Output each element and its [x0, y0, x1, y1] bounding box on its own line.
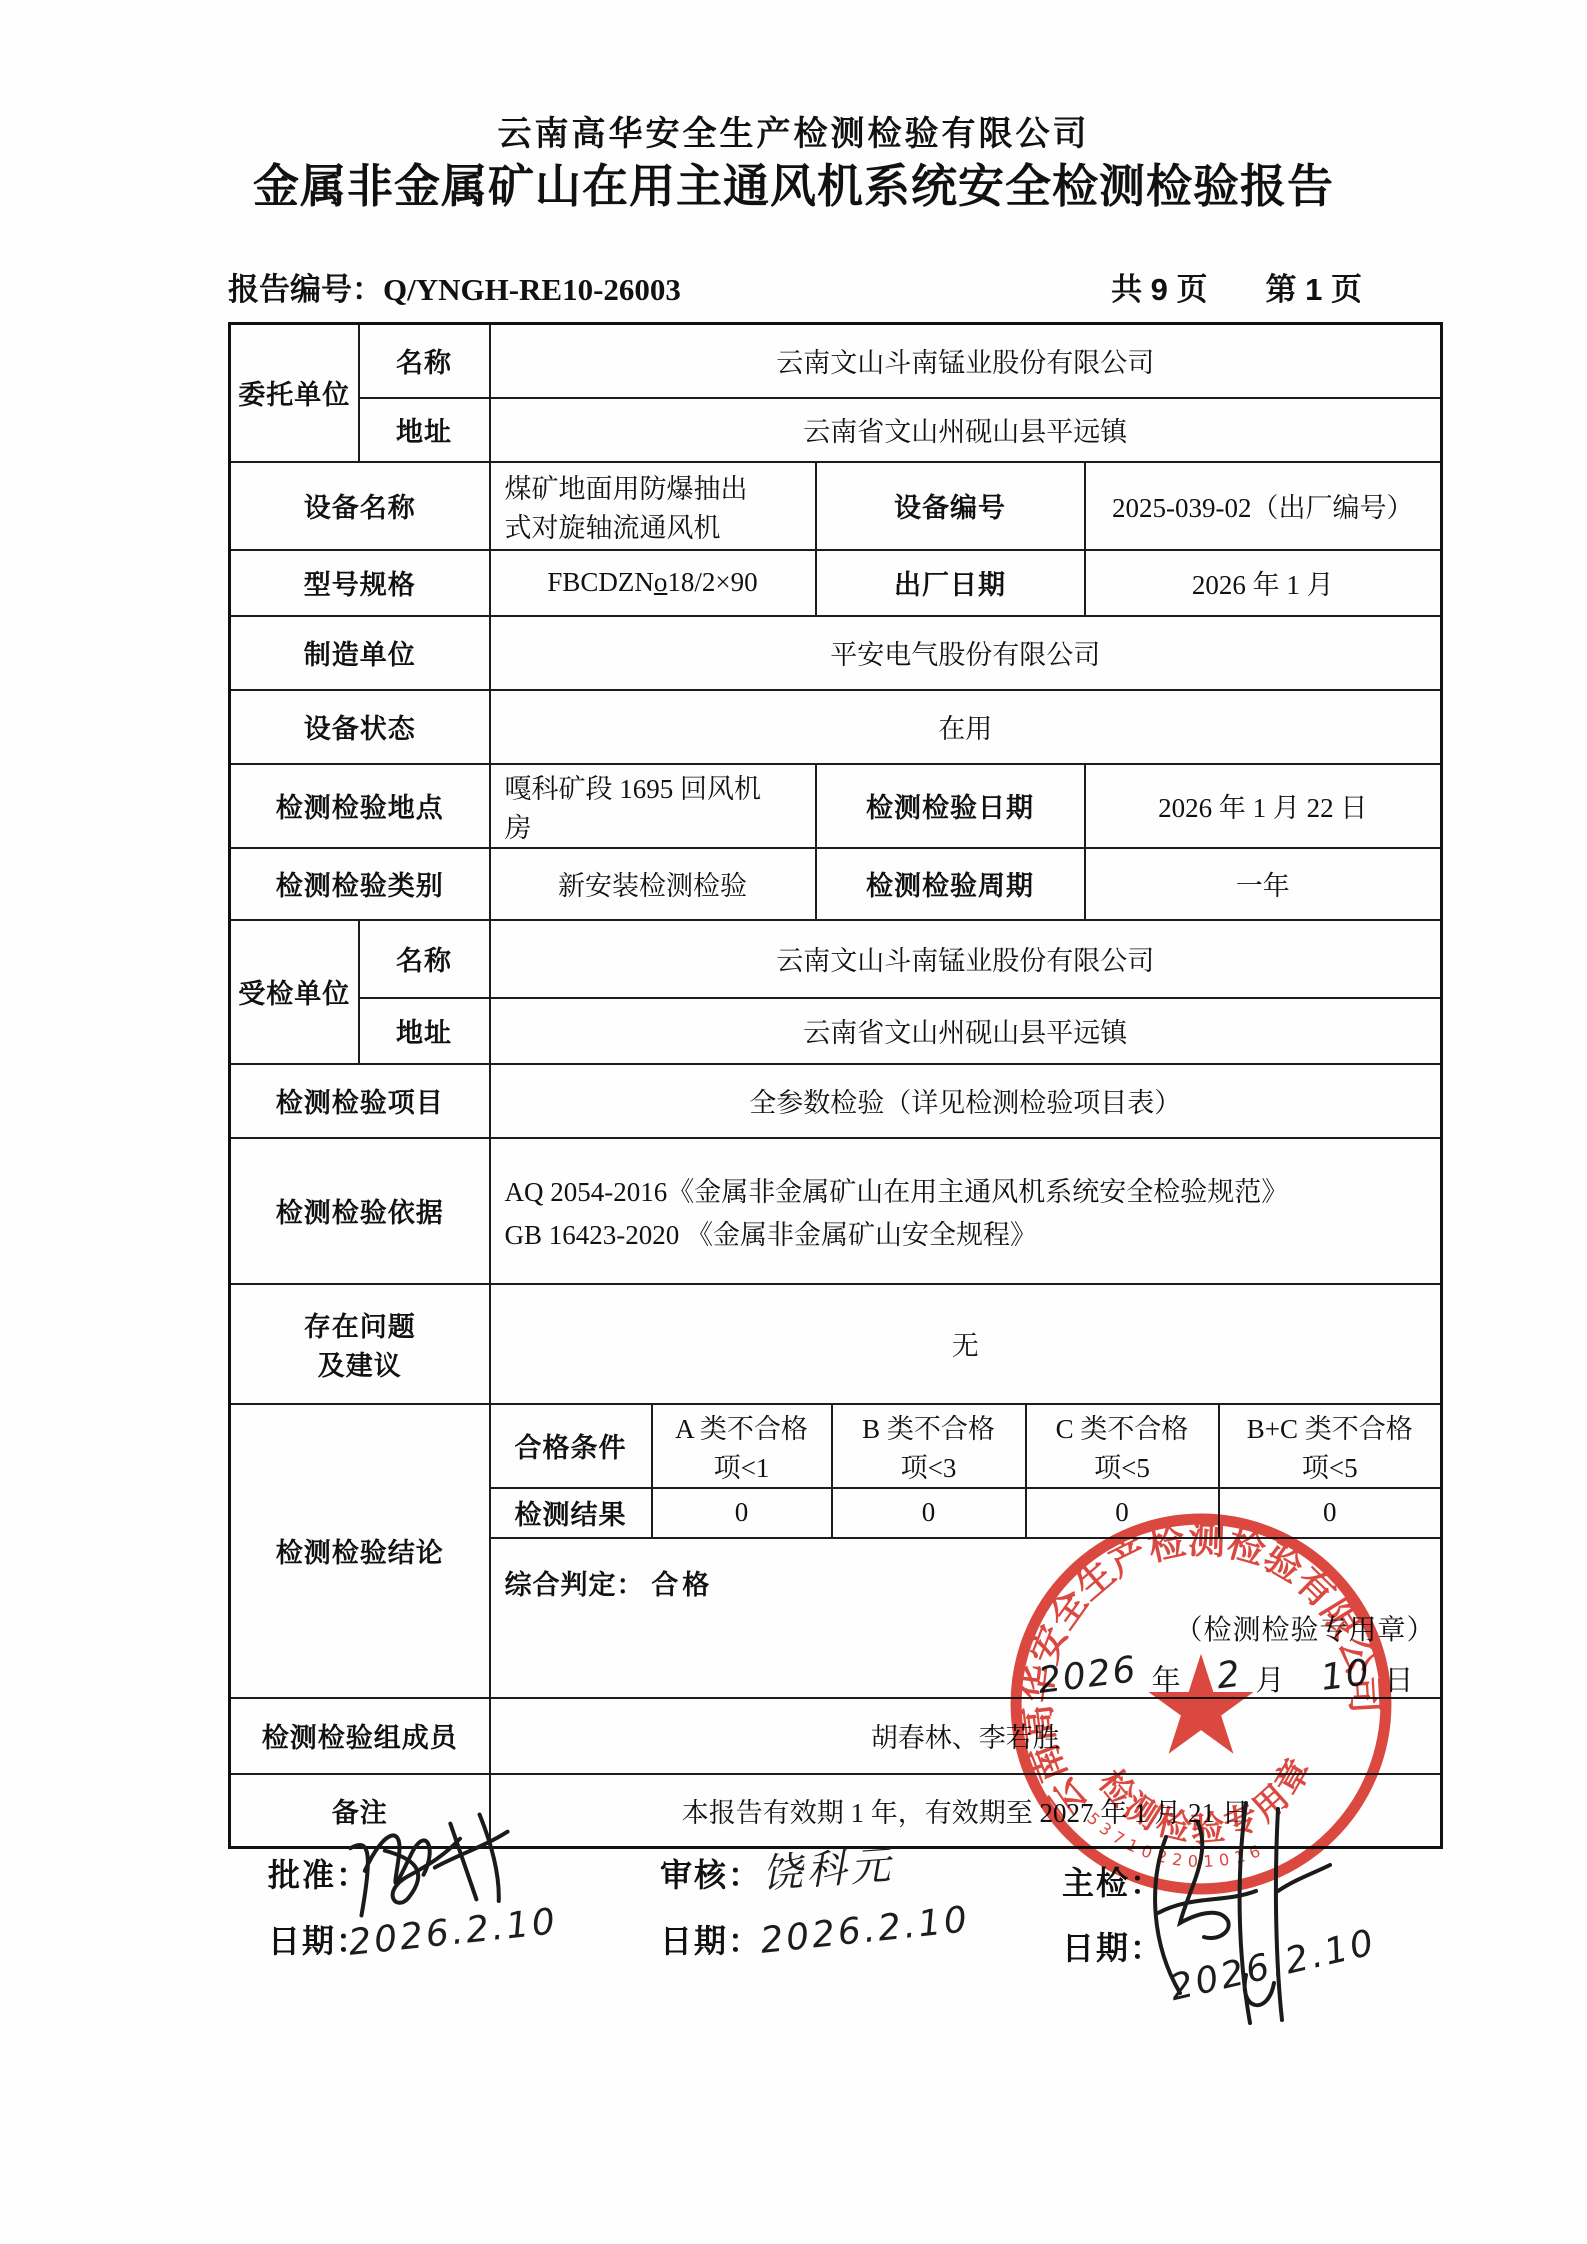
- table-row: 地址 云南省文山州砚山县平远镇: [230, 398, 1442, 462]
- device-name-value: 煤矿地面用防爆抽出 式对旋轴流通风机: [490, 462, 816, 550]
- location-value: 嘎科矿段 1695 回风机 房: [490, 764, 816, 848]
- basis-value: AQ 2054-2016《金属非金属矿山在用主通风机系统安全检验规范》 GB 1…: [490, 1138, 1442, 1284]
- page-indicator: 共 9 页 第 1 页: [1111, 264, 1362, 309]
- device-no-label: 设备编号: [816, 462, 1085, 550]
- result-b: 0: [832, 1488, 1026, 1538]
- result-label: 检测结果: [490, 1488, 652, 1538]
- mfg-date-label: 出厂日期: [816, 550, 1085, 616]
- items-label: 检测检验项目: [230, 1064, 490, 1138]
- table-row: 检测检验项目 全参数检验（详见检测检验项目表）: [230, 1064, 1442, 1138]
- review-signature-name: 饶科元: [760, 1833, 896, 1899]
- problems-label: 存在问题 及建议: [230, 1284, 490, 1404]
- review-date-handwritten: 2026.2.10: [758, 1899, 971, 1962]
- device-no-value: 2025-039-02（出厂编号）: [1085, 462, 1442, 550]
- category-value: 新安装检测检验: [490, 848, 816, 920]
- table-row: 型号规格 FBCDZNo18/2×90 出厂日期 2026 年 1 月: [230, 550, 1442, 616]
- client-addr-label: 地址: [359, 398, 490, 462]
- report-number: 报告编号：Q/YNGH-RE10-26003: [228, 264, 681, 309]
- table-row: 受检单位 名称 云南文山斗南锰业股份有限公司: [230, 920, 1442, 998]
- mfg-date-value: 2026 年 1 月: [1085, 550, 1442, 616]
- result-a: 0: [652, 1488, 832, 1538]
- report-page: 云南高华安全生产检测检验有限公司 金属非金属矿山在用主通风机系统安全检测检验报告…: [0, 0, 1587, 2244]
- maker-label: 制造单位: [230, 616, 490, 690]
- approve-label: 批准：: [268, 1850, 370, 1896]
- cycle-value: 一年: [1085, 848, 1442, 920]
- table-row: 检测检验结论 合格条件 A 类不合格 项<1 B 类不合格 项<3 C 类不合格…: [230, 1404, 1442, 1488]
- criteria-head-c: C 类不合格 项<5: [1026, 1404, 1219, 1488]
- report-number-value: Q/YNGH-RE10-26003: [383, 272, 681, 307]
- client-name-label: 名称: [359, 324, 490, 398]
- model-no-abbrev: o: [654, 567, 668, 597]
- approve-date-handwritten: 2026.2.10: [346, 1901, 559, 1964]
- inspect-label: 主检：: [1062, 1858, 1164, 1904]
- checked-group-label: 受检单位: [230, 920, 359, 1064]
- table-row: 检测检验依据 AQ 2054-2016《金属非金属矿山在用主通风机系统安全检验规…: [230, 1138, 1442, 1284]
- inspect-date-label: 日期：: [1062, 1923, 1164, 1969]
- table-row: 设备名称 煤矿地面用防爆抽出 式对旋轴流通风机 设备编号 2025-039-02…: [230, 462, 1442, 550]
- status-value: 在用: [490, 690, 1442, 764]
- checked-addr-label: 地址: [359, 998, 490, 1064]
- table-row: 设备状态 在用: [230, 690, 1442, 764]
- basis-label: 检测检验依据: [230, 1138, 490, 1284]
- inspection-date-value: 2026 年 1 月 22 日: [1085, 764, 1442, 848]
- basis-line-2: GB 16423-2020 《金属非金属矿山安全规程》: [505, 1213, 1435, 1252]
- review-label: 审核：: [660, 1850, 762, 1896]
- checked-addr-value: 云南省文山州砚山县平远镇: [490, 998, 1442, 1064]
- table-row: 检测检验地点 嘎科矿段 1695 回风机 房 检测检验日期 2026 年 1 月…: [230, 764, 1442, 848]
- criteria-head-a: A 类不合格 项<1: [652, 1404, 832, 1488]
- basis-line-1: AQ 2054-2016《金属非金属矿山在用主通风机系统安全检验规范》: [505, 1170, 1435, 1209]
- checked-name-label: 名称: [359, 920, 490, 998]
- report-number-label: 报告编号：: [228, 272, 383, 307]
- review-date-label: 日期：: [660, 1916, 762, 1962]
- checked-name-value: 云南文山斗南锰业股份有限公司: [490, 920, 1442, 998]
- inspect-date-handwritten: 2026.2.10: [1166, 1922, 1380, 2009]
- category-label: 检测检验类别: [230, 848, 490, 920]
- team-label: 检测检验组成员: [230, 1698, 490, 1774]
- conclusion-label: 检测检验结论: [230, 1404, 490, 1698]
- current-page: 第 1 页: [1266, 264, 1362, 309]
- report-meta-row: 报告编号：Q/YNGH-RE10-26003 共 9 页 第 1 页: [228, 264, 1440, 309]
- status-label: 设备状态: [230, 690, 490, 764]
- table-row: 地址 云南省文山州砚山县平远镇: [230, 998, 1442, 1064]
- client-group-label: 委托单位: [230, 324, 359, 462]
- note-label: 备注: [230, 1774, 490, 1848]
- device-name-label: 设备名称: [230, 462, 490, 550]
- items-value: 全参数检验（详见检测检验项目表）: [490, 1064, 1442, 1138]
- client-addr-value: 云南省文山州砚山县平远镇: [490, 398, 1442, 462]
- criteria-head-b: B 类不合格 项<3: [832, 1404, 1026, 1488]
- client-name-value: 云南文山斗南锰业股份有限公司: [490, 324, 1442, 398]
- problems-value: 无: [490, 1284, 1442, 1404]
- verdict-label: 综合判定：: [505, 1570, 645, 1600]
- model-label: 型号规格: [230, 550, 490, 616]
- location-label: 检测检验地点: [230, 764, 490, 848]
- verdict-value: 合格: [651, 1570, 713, 1600]
- criteria-label: 合格条件: [490, 1404, 652, 1488]
- inspection-date-label: 检测检验日期: [816, 764, 1085, 848]
- company-name-title: 云南高华安全生产检测检验有限公司: [0, 106, 1587, 155]
- table-row: 存在问题 及建议 无: [230, 1284, 1442, 1404]
- table-row: 委托单位 名称 云南文山斗南锰业股份有限公司: [230, 324, 1442, 398]
- seal-star-icon: [1148, 1654, 1253, 1754]
- total-pages: 共 9 页: [1111, 264, 1207, 309]
- report-title: 金属非金属矿山在用主通风机系统安全检测检验报告: [0, 150, 1587, 216]
- model-value: FBCDZNo18/2×90: [490, 550, 816, 616]
- cycle-label: 检测检验周期: [816, 848, 1085, 920]
- table-row: 检测检验类别 新安装检测检验 检测检验周期 一年: [230, 848, 1442, 920]
- official-seal-stamp: 云南高华安全生产检测检验有限公司 检测检验专用章 537102201016: [1000, 1503, 1402, 1905]
- criteria-head-bc: B+C 类不合格 项<5: [1219, 1404, 1442, 1488]
- maker-value: 平安电气股份有限公司: [490, 616, 1442, 690]
- table-row: 制造单位 平安电气股份有限公司: [230, 616, 1442, 690]
